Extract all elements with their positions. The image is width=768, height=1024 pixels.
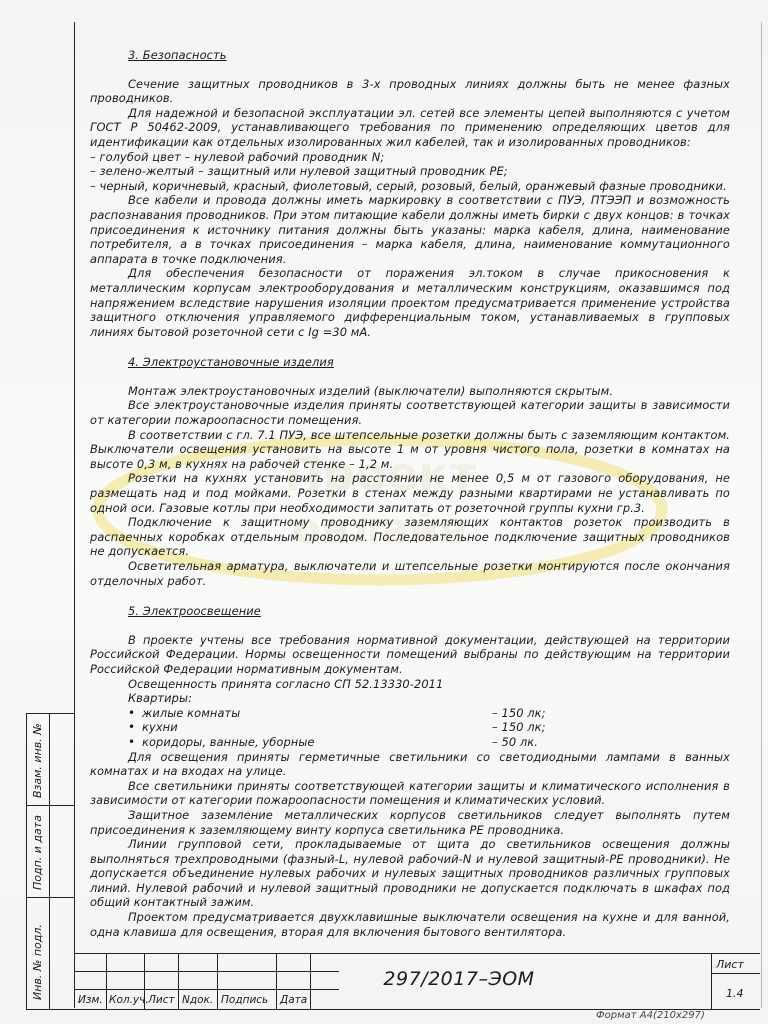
stamp-label-orig-inv: Инв. № подл. bbox=[31, 924, 44, 1000]
col-change: Изм. bbox=[78, 994, 103, 1006]
illuminance-row: •коридоры, ванные, уборные– 50 лк. bbox=[128, 735, 730, 750]
illuminance-row: •жилые комнаты– 150 лк; bbox=[128, 706, 730, 721]
section-heading: 3. Безопасность bbox=[128, 48, 730, 63]
stamp-label-replace-inv: Взам. инв. № bbox=[31, 723, 44, 798]
paragraph: Проектом предусматривается двухклавишные… bbox=[90, 910, 730, 939]
section-heading: 5. Электроосвещение bbox=[128, 604, 730, 619]
document-body: 3. БезопасностьСечение защитных проводни… bbox=[90, 48, 730, 939]
col-doc-no: Nдок. bbox=[182, 994, 213, 1006]
spacer bbox=[90, 370, 730, 384]
paragraph: В соответствии с гл. 7.1 ПУЭ, все штепсе… bbox=[90, 428, 730, 472]
paragraph: В проекте учтены все требования норматив… bbox=[90, 633, 730, 677]
paragraph: Розетки на кухнях установить на расстоян… bbox=[90, 471, 730, 515]
paragraph: Все электроустановочные изделия приняты … bbox=[90, 398, 730, 427]
paragraph: Для надежной и безопасной эксплуатации э… bbox=[90, 106, 730, 150]
title-block: Изм. Кол.уч. Лист Nдок. Подпись Дата 297… bbox=[74, 953, 760, 1010]
spacer bbox=[90, 619, 730, 633]
sheet-number: 1.4 bbox=[726, 987, 744, 1000]
col-count: Кол.уч. bbox=[109, 994, 149, 1006]
bullet-icon: • bbox=[128, 735, 142, 750]
room-name: жилые комнаты bbox=[142, 706, 492, 721]
paragraph: Защитное заземление металлических корпус… bbox=[90, 808, 730, 837]
col-signature: Подпись bbox=[221, 994, 268, 1006]
room-name: кухни bbox=[142, 720, 492, 735]
lux-value: – 150 лк; bbox=[492, 706, 592, 721]
col-date: Дата bbox=[280, 994, 307, 1006]
margin-stamp: Взам. инв. № Подп. и дата Инв. № подл. bbox=[26, 713, 75, 1010]
document-code: 297/2017–ЭОМ bbox=[339, 968, 579, 990]
spacer bbox=[90, 339, 730, 355]
stamp-label-sign-date: Подп. и дата bbox=[31, 815, 44, 890]
paragraph: Освещенность принята согласно СП 52.1333… bbox=[90, 677, 730, 692]
lux-value: – 150 лк; bbox=[492, 720, 592, 735]
illuminance-row: •кухни– 150 лк; bbox=[128, 720, 730, 735]
section-heading: 4. Электроустановочные изделия bbox=[128, 355, 730, 370]
paragraph: – голубой цвет – нулевой рабочий проводн… bbox=[90, 150, 730, 165]
spacer bbox=[90, 63, 730, 77]
paragraph: Квартиры: bbox=[90, 691, 730, 706]
paragraph: Монтаж электроустановочных изделий (выкл… bbox=[90, 384, 730, 399]
sheet-label: Лист bbox=[716, 958, 744, 971]
paragraph: Сечение защитных проводников в 3-х прово… bbox=[90, 77, 730, 106]
paragraph: Все светильники приняты соответствующей … bbox=[90, 779, 730, 808]
lux-value: – 50 лк. bbox=[492, 735, 592, 750]
bullet-icon: • bbox=[128, 720, 142, 735]
paragraph: Для обеспечения безопасности от поражени… bbox=[90, 266, 730, 339]
spacer bbox=[90, 588, 730, 604]
paragraph: – зелено-желтый – защитный или нулевой з… bbox=[90, 164, 730, 179]
room-name: коридоры, ванные, уборные bbox=[142, 735, 492, 750]
paragraph: Осветительная арматура, выключатели и шт… bbox=[90, 559, 730, 588]
paragraph: – черный, коричневый, красный, фиолетовы… bbox=[90, 179, 730, 194]
paragraph: Линии групповой сети, прокладываемые от … bbox=[90, 837, 730, 910]
paragraph: Для освещения приняты герметичные светил… bbox=[90, 750, 730, 779]
format-label: Формат А4(210x297) bbox=[596, 1010, 705, 1021]
bullet-icon: • bbox=[128, 706, 142, 721]
col-sheet: Лист bbox=[148, 994, 175, 1006]
paragraph: Подключение к защитному проводнику зазем… bbox=[90, 515, 730, 559]
paragraph: Все кабели и провода должны иметь маркир… bbox=[90, 193, 730, 266]
